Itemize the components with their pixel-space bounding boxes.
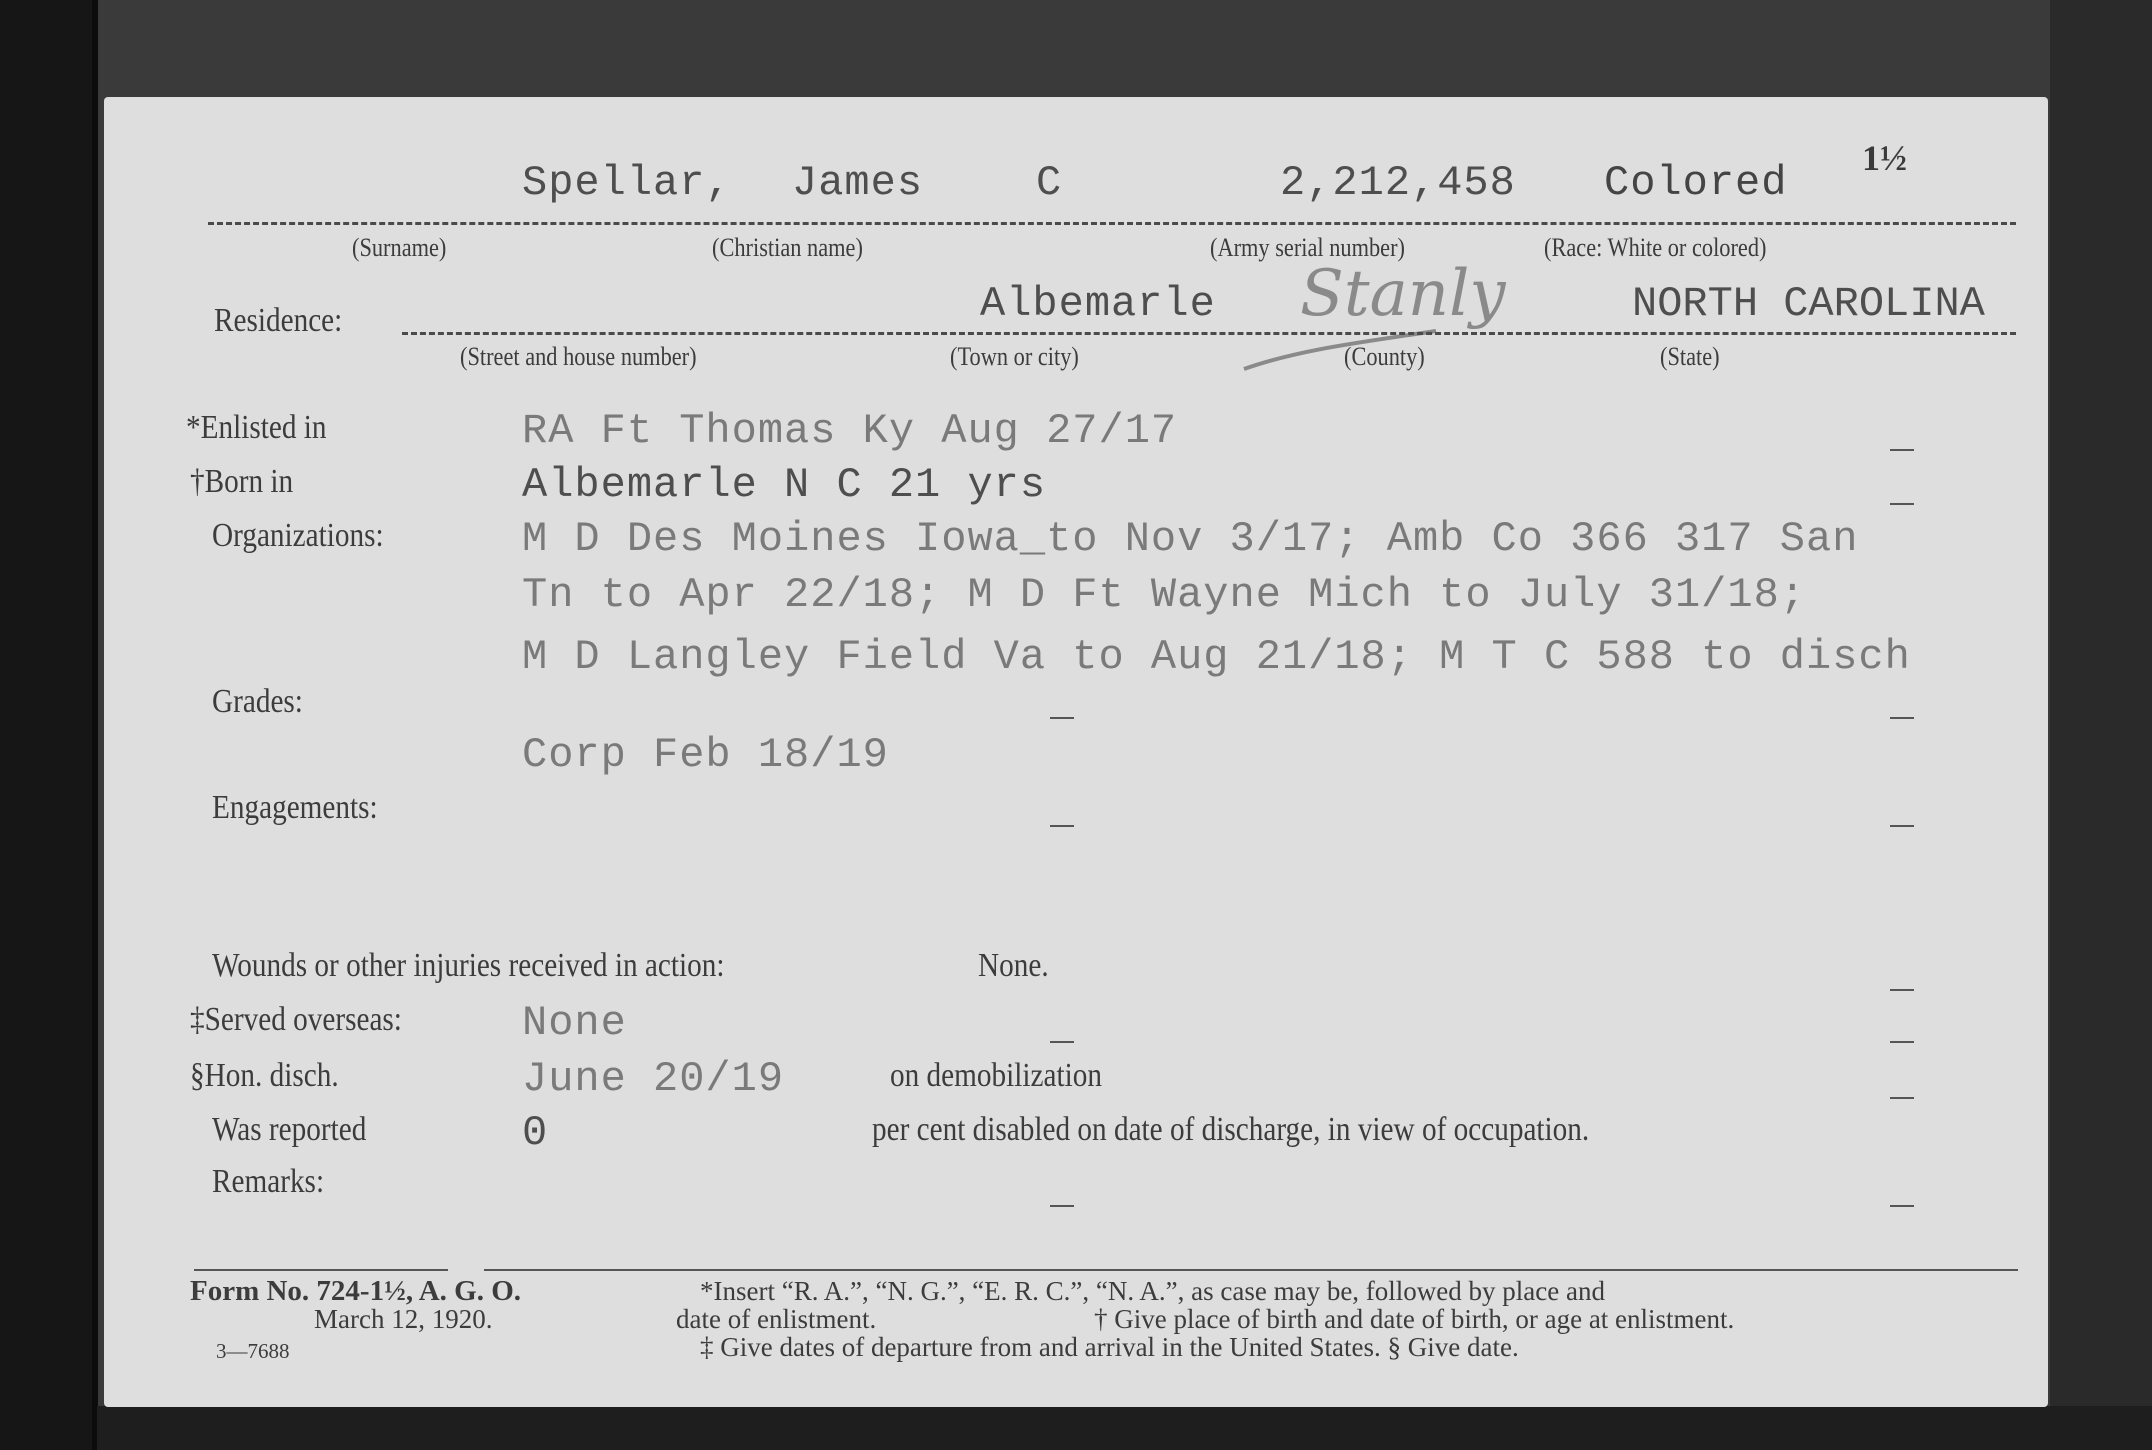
- scan-background-left: [0, 0, 97, 1450]
- tick-mark: [1890, 1097, 1914, 1099]
- organizations-line-1: M D Des Moines Iowa_to Nov 3/17; Amb Co …: [522, 515, 1858, 563]
- footnote-enlisted: *Insert “R. A.”, “N. G.”, “E. R. C.”, “N…: [700, 1277, 1605, 1306]
- race-label: (Race: White or colored): [1544, 233, 1766, 263]
- enlisted-value: RA Ft Thomas Ky Aug 27/17: [522, 407, 1177, 455]
- race-value: Colored: [1604, 159, 1787, 207]
- residence-dashed-line: [402, 332, 2016, 335]
- footnote-birth: † Give place of birth and date of birth,…: [1094, 1305, 1734, 1334]
- form-number: Form No. 724-1½, A. G. O.: [190, 1277, 521, 1306]
- christian-name-value: James: [792, 159, 923, 207]
- service-record-card: Spellar, James C 2,212,458 Colored 1½ (S…: [104, 97, 2048, 1407]
- tick-mark: [1890, 989, 1914, 991]
- print-code: 3—7688: [216, 1337, 290, 1366]
- organizations-line-3: M D Langley Field Va to Aug 21/18; M T C…: [522, 633, 1911, 681]
- engagements-label: Engagements:: [212, 789, 378, 827]
- served-overseas-value: None: [522, 999, 627, 1047]
- tick-mark: [1890, 825, 1914, 827]
- tick-mark: [1890, 503, 1914, 505]
- was-reported-suffix: per cent disabled on date of discharge, …: [872, 1111, 1589, 1149]
- street-label: (Street and house number): [460, 342, 697, 372]
- town-label: (Town or city): [950, 342, 1079, 372]
- middle-initial-value: C: [1036, 159, 1062, 207]
- scan-background-right: [2050, 0, 2152, 1450]
- born-label: †Born in: [190, 463, 293, 501]
- scan-background-bottom: [97, 1406, 2152, 1450]
- wounds-label: Wounds or other injuries received in act…: [212, 947, 724, 985]
- was-reported-value: 0: [522, 1109, 548, 1157]
- tick-mark: [1050, 1041, 1074, 1043]
- organizations-line-2: Tn to Apr 22/18; M D Ft Wayne Mich to Ju…: [522, 571, 1806, 619]
- served-overseas-label: ‡Served overseas:: [190, 1001, 402, 1039]
- footer-rule-left: [194, 1269, 448, 1271]
- county-label: (County): [1344, 342, 1425, 372]
- footer-rule-right: [484, 1269, 2018, 1271]
- state-label: (State): [1660, 342, 1720, 372]
- town-value: Albemarle: [980, 280, 1216, 328]
- grades-value: Corp Feb 18/19: [522, 731, 889, 779]
- was-reported-label: Was reported: [212, 1111, 366, 1149]
- hon-disch-value: June 20/19: [522, 1055, 784, 1103]
- footnote-overseas: ‡ Give dates of departure from and arriv…: [700, 1333, 1519, 1362]
- footnote-enlistment-date: date of enlistment.: [676, 1305, 876, 1334]
- serial-number-value: 2,212,458: [1280, 159, 1516, 207]
- surname-label: (Surname): [352, 233, 446, 263]
- name-dashed-line: [208, 222, 2016, 225]
- grades-label: Grades:: [212, 683, 303, 721]
- tick-mark: [1050, 825, 1074, 827]
- surname-value: Spellar,: [522, 159, 732, 207]
- state-value: NORTH CAROLINA: [1632, 280, 1985, 328]
- tick-mark: [1050, 1205, 1074, 1207]
- tick-mark: [1050, 717, 1074, 719]
- tick-mark: [1890, 1205, 1914, 1207]
- born-value: Albemarle N C 21 yrs: [522, 461, 1046, 509]
- organizations-label: Organizations:: [212, 517, 384, 555]
- tick-mark: [1890, 449, 1914, 451]
- remarks-label: Remarks:: [212, 1163, 324, 1201]
- enlisted-label: *Enlisted in: [186, 409, 327, 447]
- wounds-value: None.: [978, 947, 1049, 985]
- form-fraction: 1½: [1862, 137, 1907, 179]
- tick-mark: [1890, 1041, 1914, 1043]
- hon-disch-label: §Hon. disch.: [190, 1057, 339, 1095]
- scan-edge: [92, 0, 98, 1450]
- tick-mark: [1890, 717, 1914, 719]
- christian-name-label: (Christian name): [712, 233, 863, 263]
- hon-disch-suffix: on demobilization: [890, 1057, 1102, 1095]
- residence-label: Residence:: [214, 302, 342, 340]
- form-date: March 12, 1920.: [314, 1305, 492, 1334]
